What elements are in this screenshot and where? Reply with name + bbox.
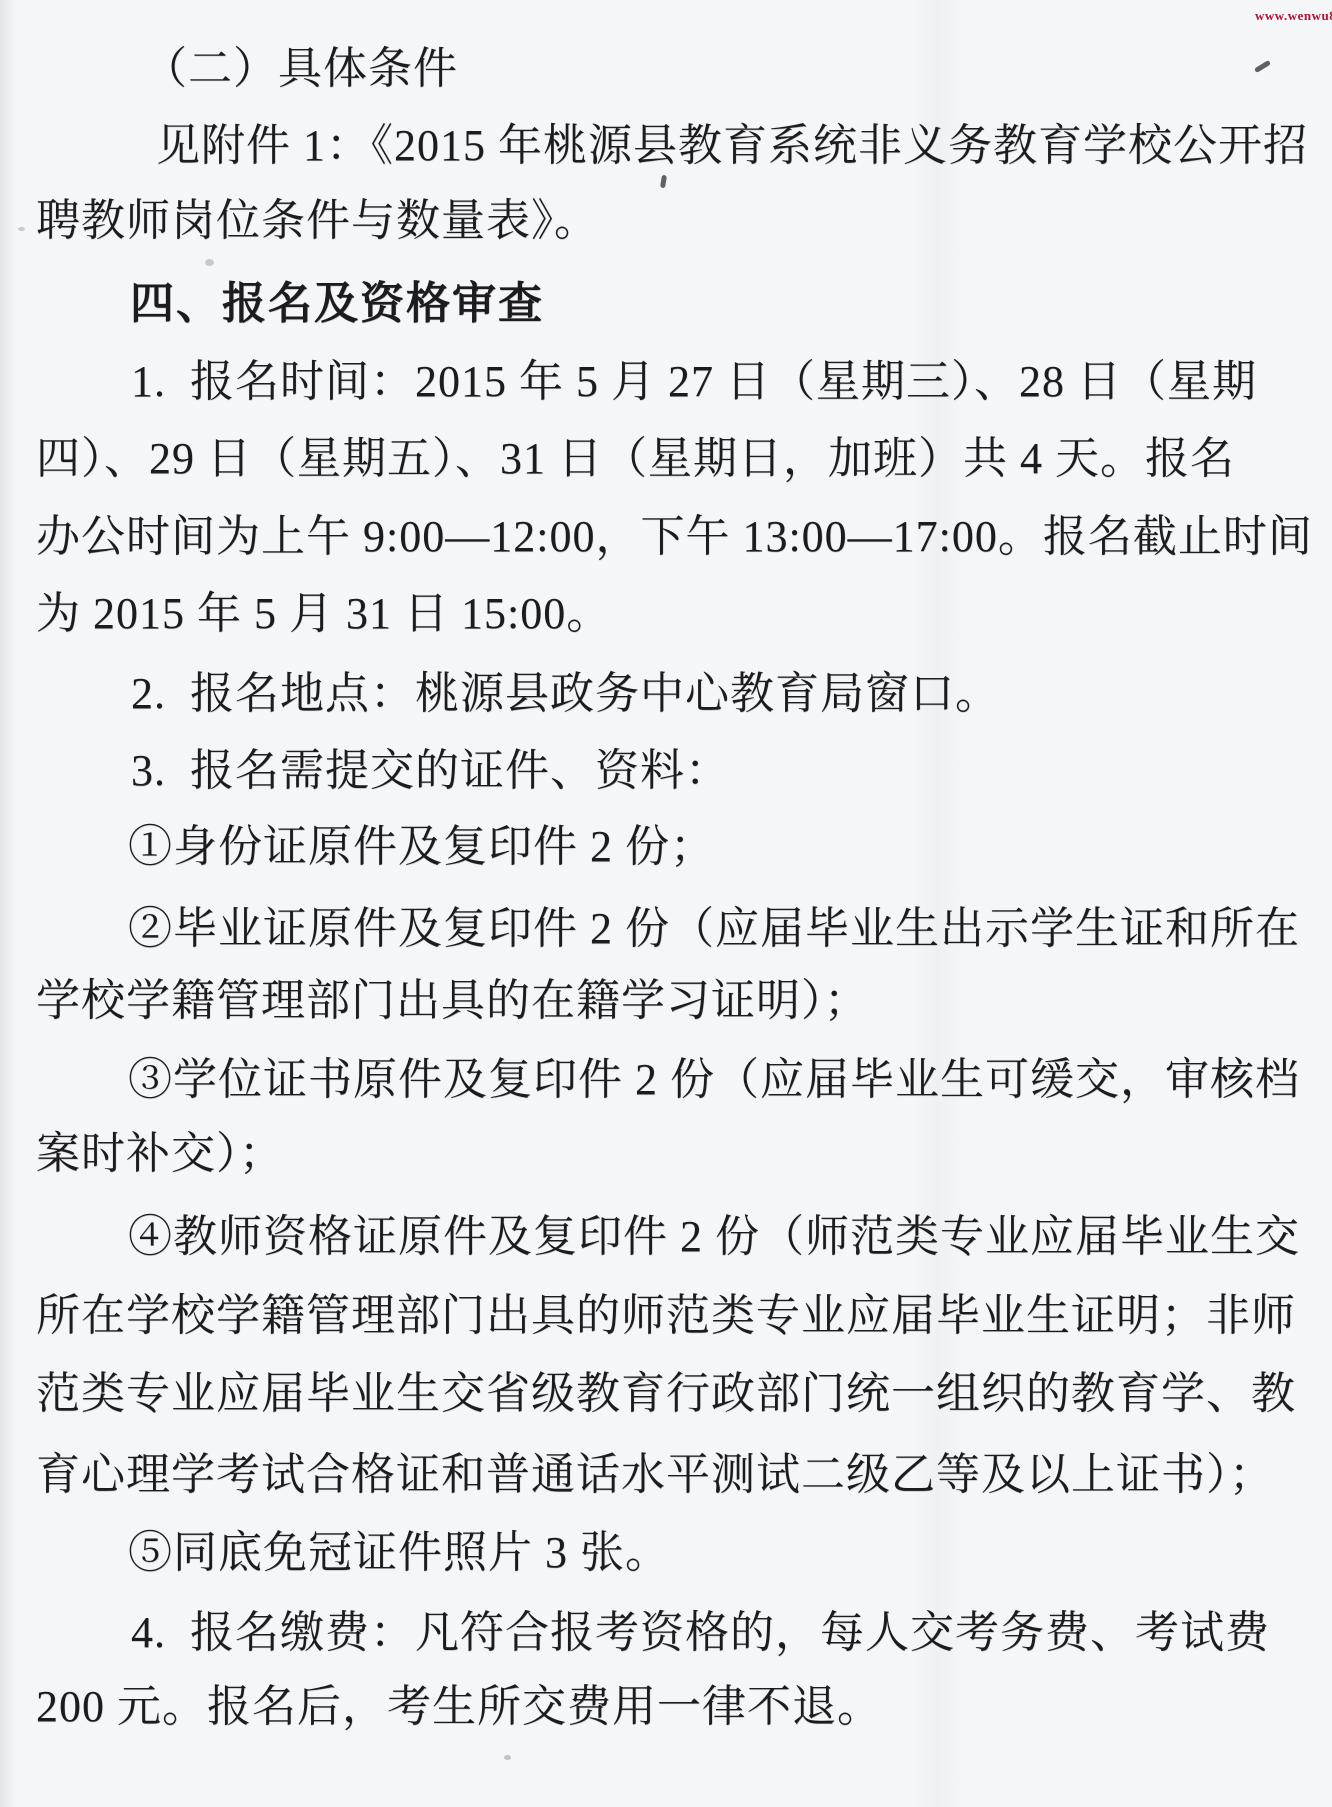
item-4-teacher-cert-line-3: 范类专业应届毕业生交省级教育行政部门统一组织的教育学、教: [36, 1369, 1296, 1419]
para-reg-fee-line-2: 200 元。报名后，考生所交费用一律不退。: [36, 1682, 882, 1732]
scanned-document-page: www.wenwu8.c （二）具体条件 见附件 1：《2015 年桃源县教育系…: [0, 0, 1332, 1807]
item-4-teacher-cert-line-4: 育心理学考试合格证和普通话水平测试二级乙等及以上证书）；: [36, 1450, 1274, 1500]
item-4-teacher-cert-line-1: ④教师资格证原件及复印件 2 份（师范类专业应届毕业生交: [128, 1212, 1300, 1262]
para-reg-fee-line-1: 4. 报名缴费：凡符合报考资格的，每人交考务费、考试费: [131, 1608, 1270, 1658]
site-watermark: www.wenwu8.c: [1255, 8, 1332, 24]
scan-speck: [1254, 60, 1271, 73]
subheading-specific-conditions: （二）具体条件: [143, 44, 458, 94]
para-attachment-line-1: 见附件 1：《2015 年桃源县教育系统非义务教育学校公开招: [156, 121, 1308, 171]
scan-speck: [205, 259, 214, 266]
item-2-diploma-line-2: 学校学籍管理部门出具的在籍学习证明）；: [36, 976, 869, 1026]
item-4-teacher-cert-line-2: 所在学校学籍管理部门出具的师范类专业应届毕业生证明；非师: [36, 1291, 1296, 1341]
scan-speck: [660, 175, 667, 189]
item-5-photos: ⑤同底免冠证件照片 3 张。: [128, 1528, 670, 1578]
scan-speck: [504, 1755, 511, 1760]
item-3-degree-line-1: ③学位证书原件及复印件 2 份（应届毕业生可缓交，审核档: [128, 1055, 1300, 1105]
para-reg-time-line-2: 四）、29 日（星期五）、31 日（星期日，加班）共 4 天。报名: [36, 434, 1235, 484]
heading-registration-and-review: 四、报名及资格审查: [130, 279, 544, 329]
item-2-diploma-line-1: ②毕业证原件及复印件 2 份（应届毕业生出示学生证和所在: [128, 904, 1300, 954]
scan-edge-shading: [0, 0, 16, 1807]
para-reg-materials-intro: 3. 报名需提交的证件、资料：: [131, 746, 730, 796]
scan-speck: [18, 227, 25, 231]
para-reg-time-line-4: 为 2015 年 5 月 31 日 15:00。: [36, 589, 611, 639]
para-reg-location: 2. 报名地点：桃源县政务中心教育局窗口。: [131, 669, 1000, 719]
para-attachment-line-2: 聘教师岗位条件与数量表》。: [36, 196, 599, 246]
para-reg-time-line-1: 1. 报名时间：2015 年 5 月 27 日（星期三）、28 日（星期: [131, 357, 1257, 407]
item-1-id-card: ①身份证原件及复印件 2 份；: [128, 822, 715, 872]
item-3-degree-line-2: 案时补交）；: [36, 1129, 284, 1179]
para-reg-time-line-3: 办公时间为上午 9:00—12:00，下午 13:00—17:00。报名截止时间: [36, 512, 1313, 562]
